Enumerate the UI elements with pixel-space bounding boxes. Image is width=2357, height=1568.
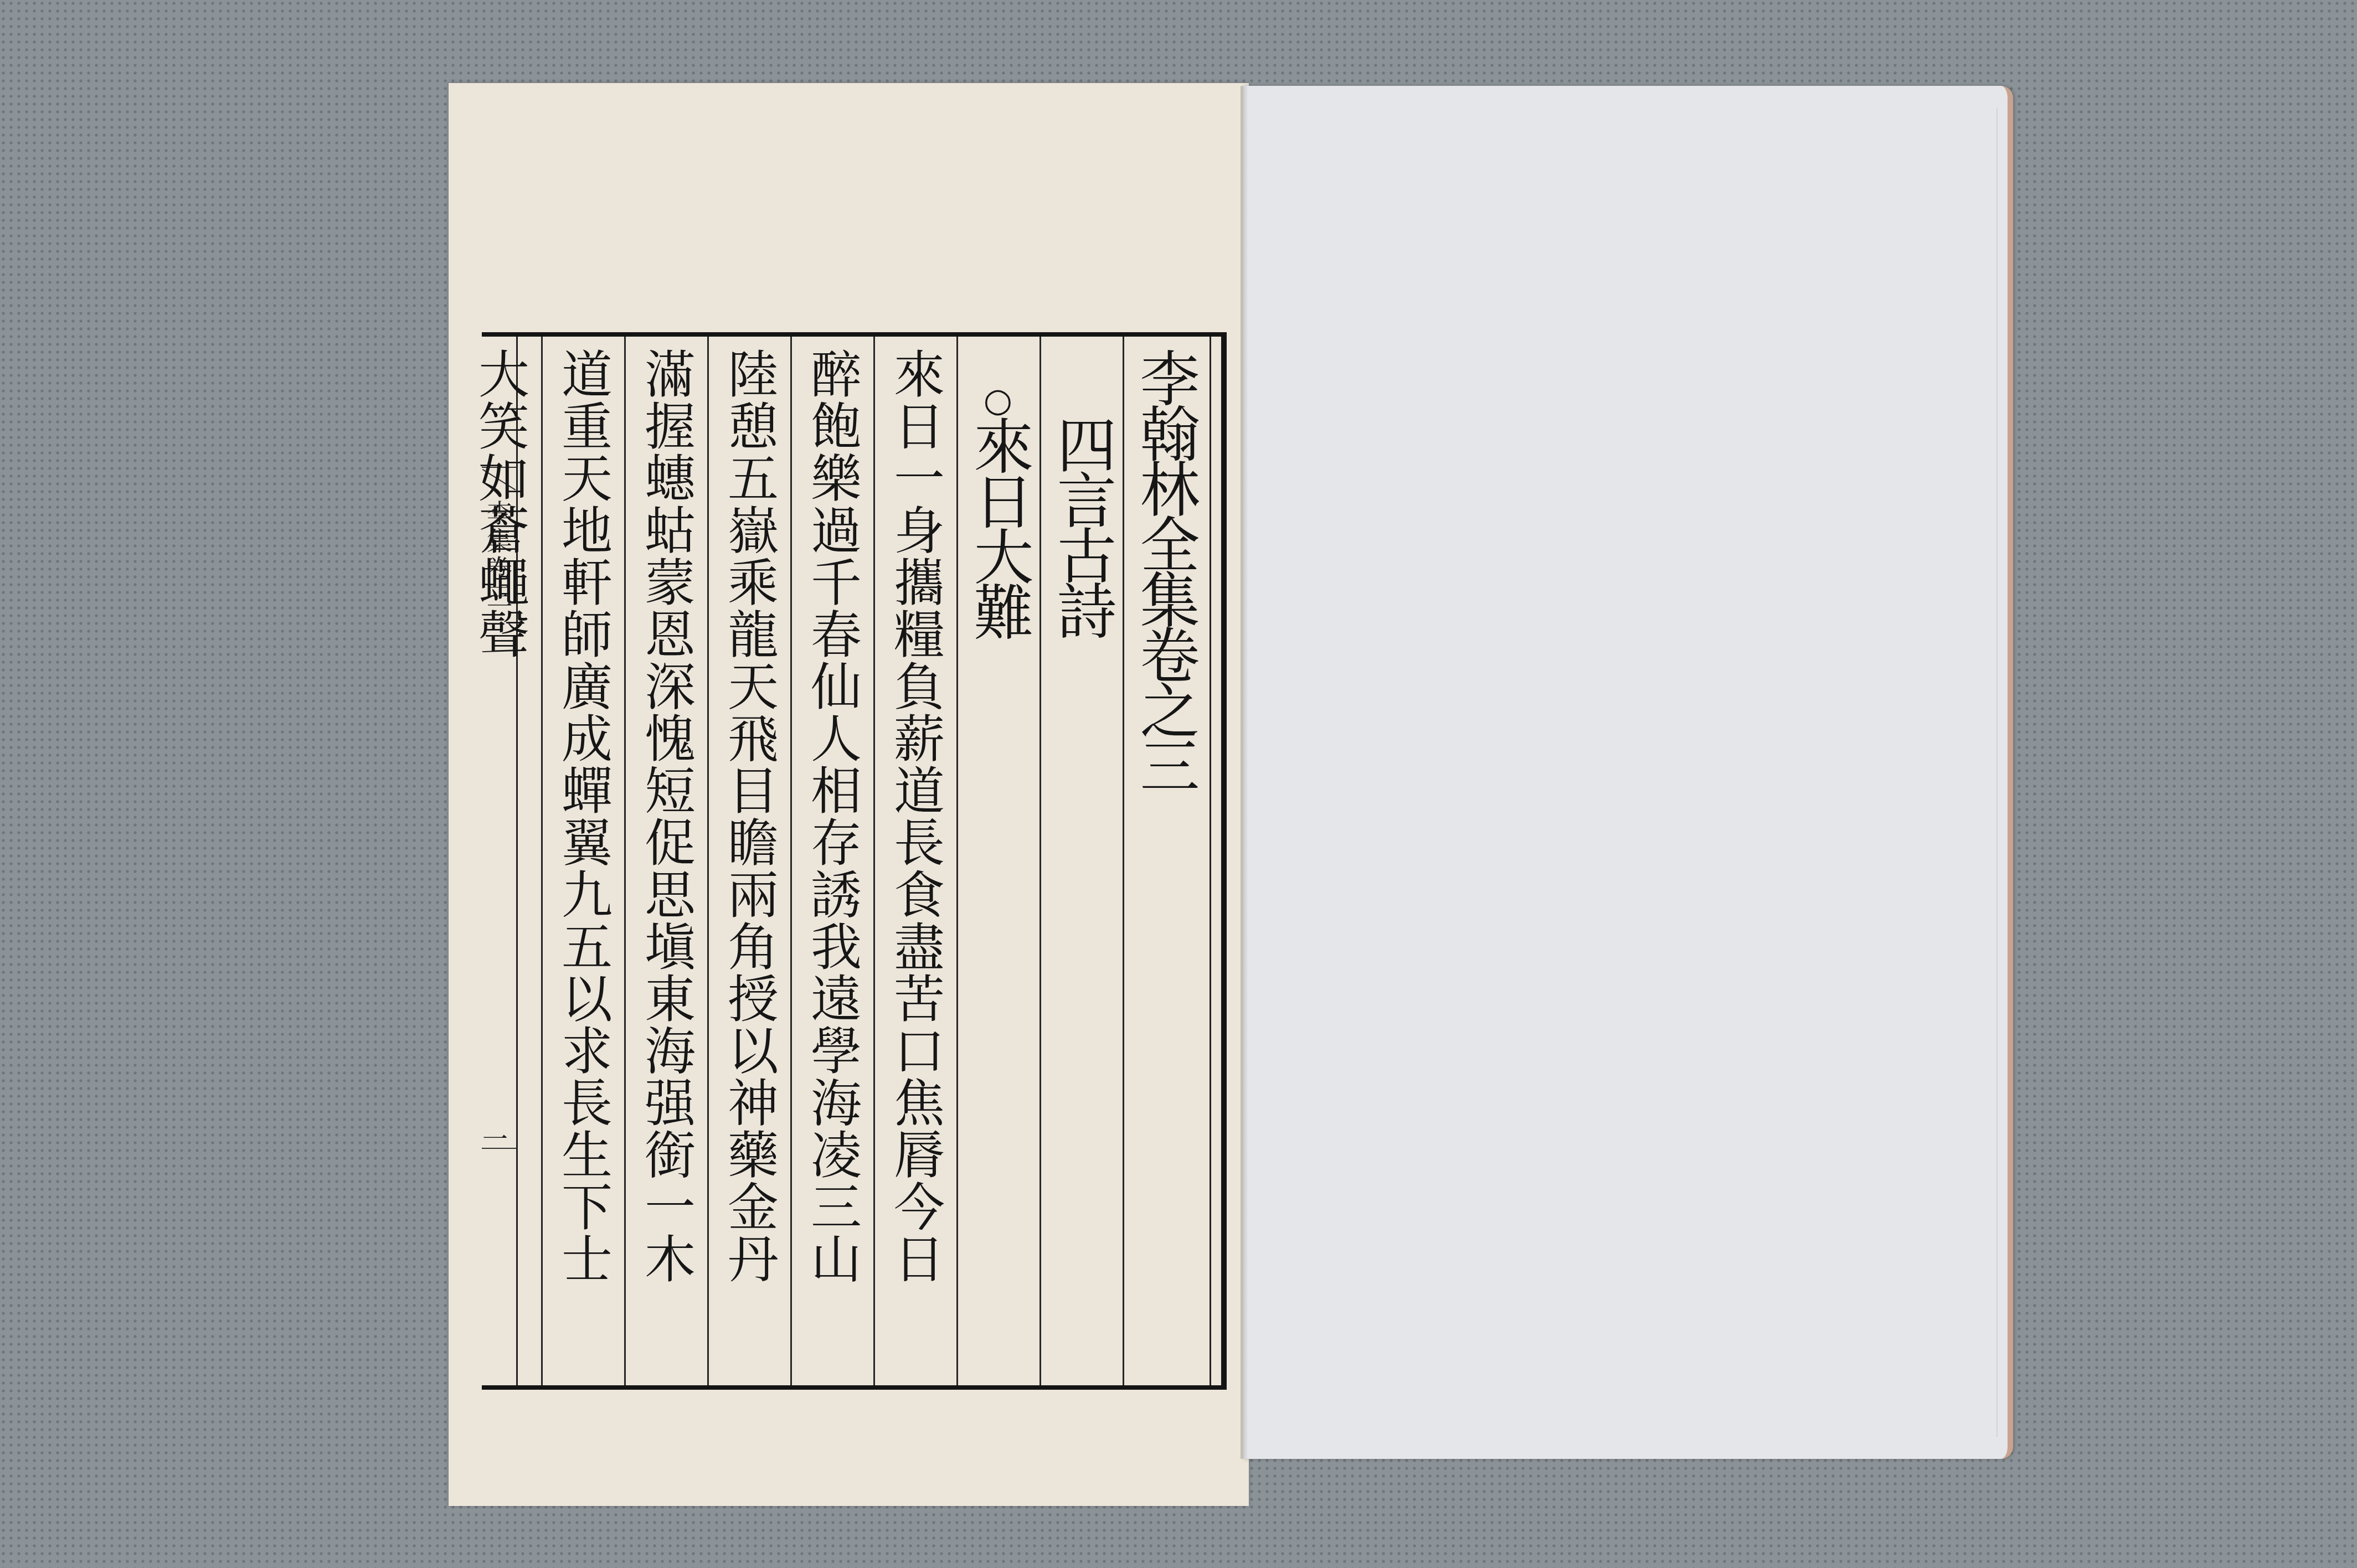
poem-title-line: ○來日大難 (958, 381, 1039, 637)
poem-line: 道重天地軒師廣成蟬翼九五以求長生下士 (543, 348, 624, 1285)
column-volume-title: 李翰林全集卷之三 (1123, 337, 1206, 1385)
poem-line: 大笑如蒼蠅聲 (458, 348, 541, 660)
frame-inner-rule (1210, 337, 1211, 1385)
column-poem-line: 醉飽樂過千春仙人相存誘我遠學海凌三山 (790, 337, 873, 1385)
poem-line: 來日一身攜糧負薪道長食盡苦口焦脣今日 (875, 348, 956, 1285)
poem-line: 陸憩五嶽乘龍天飛目瞻兩角授以神藥金丹 (709, 348, 790, 1285)
column-poem-line: 道重天地軒師廣成蟬翼九五以求長生下士 (541, 337, 624, 1385)
column-poem-line: 來日一身攜糧負薪道長食盡苦口焦脣今日 (873, 337, 956, 1385)
poem-title: 來日大難 (964, 415, 1033, 637)
text-columns: 李翰林全集卷之三 四言古詩 ○來日大難 來日一身攜糧負薪道長食盡苦口焦脣今日 醉… (516, 337, 1206, 1385)
left-page: 李集卷三 一 李翰林全集卷之三 四言古詩 ○來日大難 來日一身攜糧負薪道長食盡苦… (449, 83, 1249, 1506)
column-poem-line: 大笑如蒼蠅聲 (458, 337, 541, 1385)
printed-frame: 李集卷三 一 李翰林全集卷之三 四言古詩 ○來日大難 來日一身攜糧負薪道長食盡苦… (482, 332, 1227, 1390)
right-page-blank (1243, 86, 2013, 1459)
column-poem-line: 滿握蟪蛄蒙恩深愧短促思塡東海强銜一木 (624, 337, 707, 1385)
page-stack-edge (1996, 108, 1998, 1437)
section-heading: 四言古詩 (1041, 414, 1123, 636)
column-poem-line: 陸憩五嶽乘龍天飛目瞻兩角授以神藥金丹 (707, 337, 790, 1385)
column-poem-title: ○來日大難 (956, 337, 1039, 1385)
circle-marker-icon: ○ (979, 381, 1017, 415)
volume-title: 李翰林全集卷之三 (1124, 348, 1206, 791)
poem-line: 滿握蟪蛄蒙恩深愧短促思塡東海强銜一木 (626, 348, 707, 1285)
spine-shadow (1241, 86, 1248, 1459)
column-section-heading: 四言古詩 (1039, 337, 1123, 1385)
poem-line: 醉飽樂過千春仙人相存誘我遠學海凌三山 (792, 348, 873, 1285)
